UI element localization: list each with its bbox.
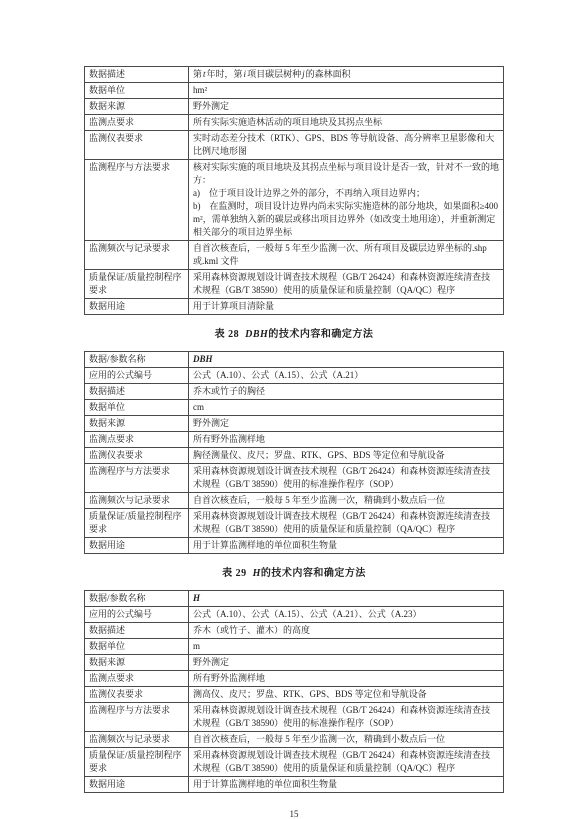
row-value: hm² <box>189 83 504 99</box>
row-value: m <box>189 639 504 655</box>
row-label: 监测点要求 <box>85 432 189 448</box>
row-value: cm <box>189 400 504 416</box>
table-row: 应用的公式编号 公式（A.10）、公式（A.15）、公式（A.21）、公式（A.… <box>85 607 504 623</box>
row-label: 监测仪表要求 <box>85 448 189 464</box>
row-value: 用于计算监测样地的单位面积生物量 <box>189 538 504 554</box>
monitoring-param-table-continued: 数据描述 第t年时，第i项目碳层树种j的森林面积 数据单位 hm² 数据来源 野… <box>84 66 504 315</box>
row-label: 质量保证/质量控制程序要求 <box>85 270 189 299</box>
row-label: 监测程序与方法要求 <box>85 464 189 493</box>
row-value: 测高仪、皮尺；罗盘、RTK、GPS、BDS 等定位和导航设备 <box>189 687 504 703</box>
row-label: 数据用途 <box>85 299 189 315</box>
row-value: 所有野外监测样地 <box>189 671 504 687</box>
row-value: H <box>189 591 504 607</box>
table-row: 监测频次与记录要求 自首次核查后，一般每 5 年至少监测一次，精确到小数点后一位 <box>85 732 504 748</box>
row-value: 采用森林资源规划设计调查技术规程（GB/T 26424）和森林资源连续清查技术规… <box>189 509 504 538</box>
row-label: 监测频次与记录要求 <box>85 241 189 270</box>
text-segment: 的森林面积 <box>306 69 351 79</box>
row-value: 乔木或竹子的胸径 <box>189 384 504 400</box>
table-row: 数据用途 用于计算监测样地的单位面积生物量 <box>85 538 504 554</box>
row-label: 监测仪表要求 <box>85 131 189 160</box>
table-row: 监测程序与方法要求 核对实际实施的项目地块及其拐点坐标与项目设计是否一致，针对不… <box>85 160 504 241</box>
row-value: 用于计算项目清除量 <box>189 299 504 315</box>
table-row: 数据描述 乔木或竹子的胸径 <box>85 384 504 400</box>
table-row: 质量保证/质量控制程序要求 采用森林资源规划设计调查技术规程（GB/T 2642… <box>85 748 504 777</box>
row-label: 应用的公式编号 <box>85 607 189 623</box>
row-value: 公式（A.10）、公式（A.15）、公式（A.21） <box>189 368 504 384</box>
row-value: 实时动态差分技术（RTK）、GPS、BDS 等导航设备、高分辨率卫星影像和大比例… <box>189 131 504 160</box>
table-row: 数据描述 第t年时，第i项目碳层树种j的森林面积 <box>85 67 504 83</box>
row-value: 胸径测量仪、皮尺；罗盘、RTK、GPS、BDS 等定位和导航设备 <box>189 448 504 464</box>
table-row: 应用的公式编号 公式（A.10）、公式（A.15）、公式（A.21） <box>85 368 504 384</box>
row-label: 监测程序与方法要求 <box>85 703 189 732</box>
row-label: 数据来源 <box>85 99 189 115</box>
table-row: 监测点要求 所有野外监测样地 <box>85 671 504 687</box>
table-row: 数据来源 野外测定 <box>85 655 504 671</box>
row-label: 质量保证/质量控制程序要求 <box>85 748 189 777</box>
table-row: 监测程序与方法要求 采用森林资源规划设计调查技术规程（GB/T 26424）和森… <box>85 464 504 493</box>
row-value: 自首次核查后，一般每 5 年至少监测一次，精确到小数点后一位 <box>189 732 504 748</box>
table-row: 质量保证/质量控制程序要求 采用森林资源规划设计调查技术规程（GB/T 2642… <box>85 270 504 299</box>
row-value: 采用森林资源规划设计调查技术规程（GB/T 26424）和森林资源连续清查技术规… <box>189 703 504 732</box>
row-label: 数据描述 <box>85 384 189 400</box>
table-row: 监测仪表要求 实时动态差分技术（RTK）、GPS、BDS 等导航设备、高分辨率卫… <box>85 131 504 160</box>
row-label: 监测仪表要求 <box>85 687 189 703</box>
row-label: 数据/参数名称 <box>85 591 189 607</box>
row-label: 数据用途 <box>85 538 189 554</box>
row-value: 采用森林资源规划设计调查技术规程（GB/T 26424）和森林资源连续清查技术规… <box>189 748 504 777</box>
page-content: 数据描述 第t年时，第i项目碳层树种j的森林面积 数据单位 hm² 数据来源 野… <box>84 66 504 819</box>
caption-prefix: 表 28 <box>215 329 240 340</box>
row-value: 采用森林资源规划设计调查技术规程（GB/T 26424）和森林资源连续清查技术规… <box>189 464 504 493</box>
row-label: 监测频次与记录要求 <box>85 493 189 509</box>
row-label: 监测点要求 <box>85 671 189 687</box>
row-value: 所有实际实施造林活动的项目地块及其拐点坐标 <box>189 115 504 131</box>
table-row: 监测仪表要求 测高仪、皮尺；罗盘、RTK、GPS、BDS 等定位和导航设备 <box>85 687 504 703</box>
table-row: 质量保证/质量控制程序要求 采用森林资源规划设计调查技术规程（GB/T 2642… <box>85 509 504 538</box>
row-label: 数据描述 <box>85 623 189 639</box>
row-label: 数据来源 <box>85 416 189 432</box>
row-value: 公式（A.10）、公式（A.15）、公式（A.21）、公式（A.23） <box>189 607 504 623</box>
document-page: 数据描述 第t年时，第i项目碳层树种j的森林面积 数据单位 hm² 数据来源 野… <box>0 0 578 818</box>
row-value: 野外测定 <box>189 655 504 671</box>
row-value: 自首次核查后，一般每 5 年至少监测一次，精确到小数点后一位 <box>189 493 504 509</box>
table-row: 数据/参数名称 DBH <box>85 352 504 368</box>
table-row: 监测仪表要求 胸径测量仪、皮尺；罗盘、RTK、GPS、BDS 等定位和导航设备 <box>85 448 504 464</box>
table-row: 数据单位 cm <box>85 400 504 416</box>
row-value: 所有野外监测样地 <box>189 432 504 448</box>
row-label: 数据来源 <box>85 655 189 671</box>
row-label: 数据单位 <box>85 83 189 99</box>
table-row: 数据/参数名称 H <box>85 591 504 607</box>
row-label: 数据用途 <box>85 777 189 793</box>
row-value: 采用森林资源规划设计调查技术规程（GB/T 26424）和森林资源连续清查技术规… <box>189 270 504 299</box>
table-row: 数据描述 乔木（或竹子、灌木）的高度 <box>85 623 504 639</box>
text-segment: 项目碳层树种 <box>247 69 301 79</box>
row-value: 野外测定 <box>189 99 504 115</box>
row-label: 监测程序与方法要求 <box>85 160 189 241</box>
table-row: 数据单位 hm² <box>85 83 504 99</box>
table-row: 数据用途 用于计算监测样地的单位面积生物量 <box>85 777 504 793</box>
caption-suffix: 的技术内容和确定方法 <box>261 568 366 579</box>
table29-caption: 表 29H的技术内容和确定方法 <box>84 567 504 581</box>
row-label: 数据描述 <box>85 67 189 83</box>
row-value: DBH <box>189 352 504 368</box>
table28-caption: 表 28DBH的技术内容和确定方法 <box>84 328 504 342</box>
row-value: 核对实际实施的项目地块及其拐点坐标与项目设计是否一致，针对不一致的地方： a) … <box>189 160 504 241</box>
row-label: 数据单位 <box>85 639 189 655</box>
table-row: 监测点要求 所有野外监测样地 <box>85 432 504 448</box>
row-label: 数据/参数名称 <box>85 352 189 368</box>
table-row: 数据来源 野外测定 <box>85 416 504 432</box>
table-row: 监测频次与记录要求 自首次核查后，一般每 5 年至少监测一次，精确到小数点后一位 <box>85 493 504 509</box>
text-segment: 年时，第 <box>207 69 243 79</box>
text-segment: 第 <box>193 69 202 79</box>
table-row: 数据用途 用于计算项目清除量 <box>85 299 504 315</box>
table-row: 监测程序与方法要求 采用森林资源规划设计调查技术规程（GB/T 26424）和森… <box>85 703 504 732</box>
row-value: 自首次核查后，一般每 5 年至少监测一次、所有项目及碳层边界坐标的.shp 或.… <box>189 241 504 270</box>
row-label: 应用的公式编号 <box>85 368 189 384</box>
row-label: 监测点要求 <box>85 115 189 131</box>
row-value: 野外测定 <box>189 416 504 432</box>
dbh-param-table: 数据/参数名称 DBH 应用的公式编号 公式（A.10）、公式（A.15）、公式… <box>84 351 504 554</box>
table-row: 数据单位 m <box>85 639 504 655</box>
caption-param: DBH <box>245 329 268 340</box>
row-value: 用于计算监测样地的单位面积生物量 <box>189 777 504 793</box>
row-value: 乔木（或竹子、灌木）的高度 <box>189 623 504 639</box>
row-label: 质量保证/质量控制程序要求 <box>85 509 189 538</box>
row-label: 数据单位 <box>85 400 189 416</box>
table-row: 监测点要求 所有实际实施造林活动的项目地块及其拐点坐标 <box>85 115 504 131</box>
table-row: 监测频次与记录要求 自首次核查后，一般每 5 年至少监测一次、所有项目及碳层边界… <box>85 241 504 270</box>
row-label: 监测频次与记录要求 <box>85 732 189 748</box>
caption-param: H <box>253 568 261 579</box>
caption-suffix: 的技术内容和确定方法 <box>268 329 373 340</box>
table-row: 数据来源 野外测定 <box>85 99 504 115</box>
row-value: 第t年时，第i项目碳层树种j的森林面积 <box>189 67 504 83</box>
h-param-table: 数据/参数名称 H 应用的公式编号 公式（A.10）、公式（A.15）、公式（A… <box>84 590 504 793</box>
caption-prefix: 表 29 <box>222 568 247 579</box>
